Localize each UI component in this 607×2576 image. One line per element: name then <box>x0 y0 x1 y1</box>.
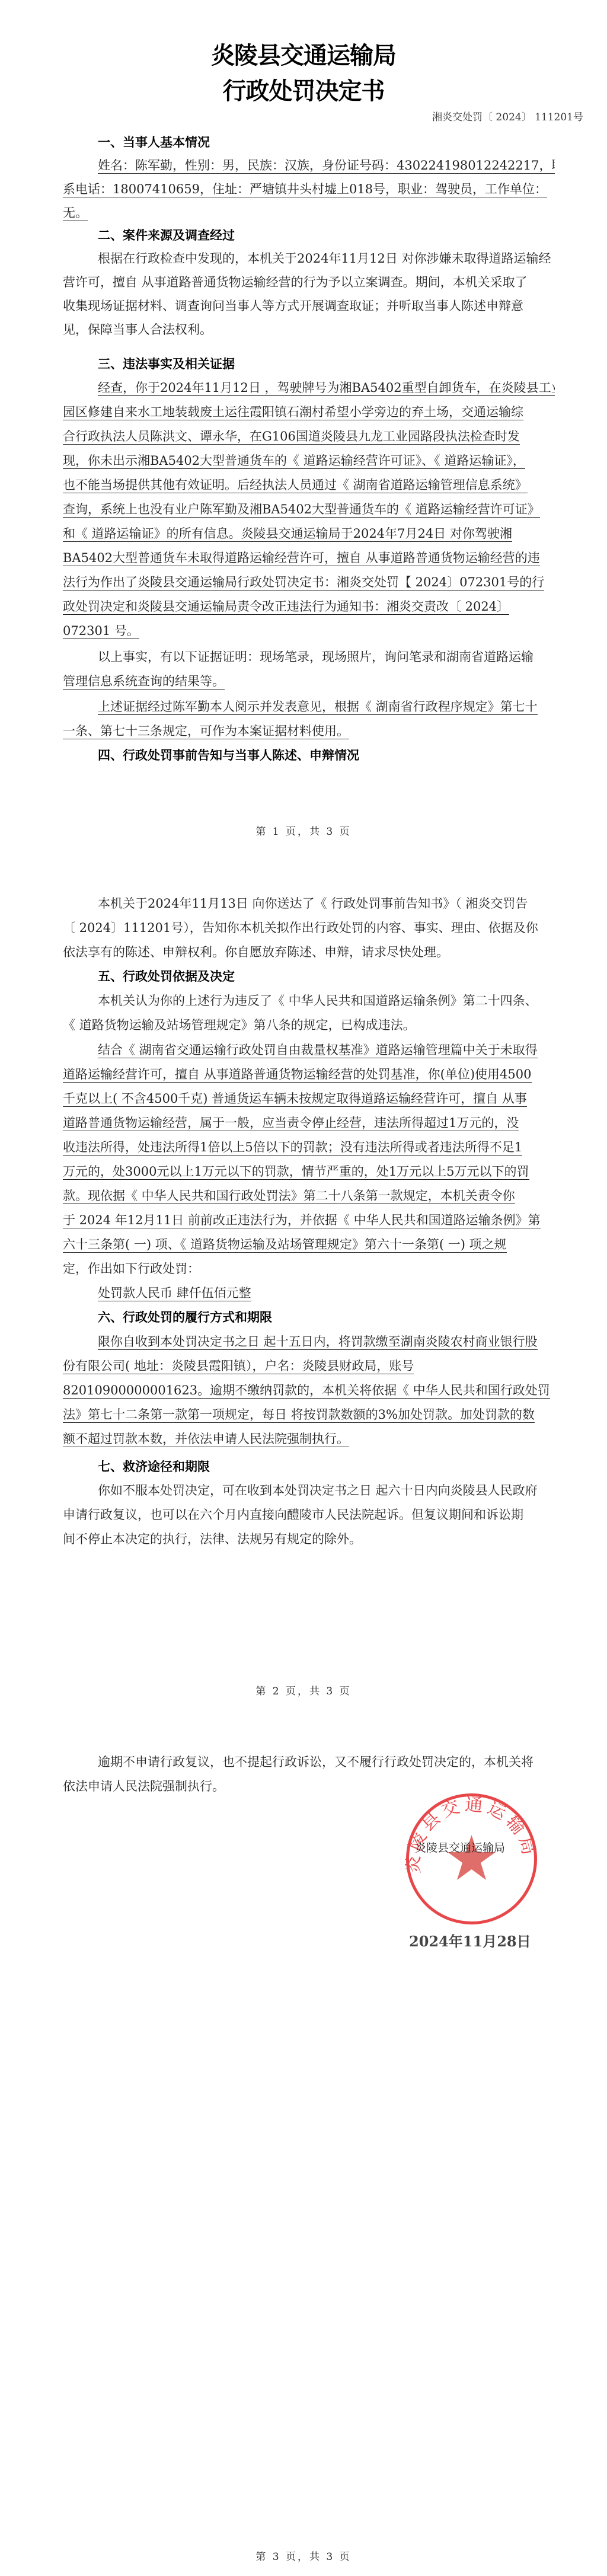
facts-line: 072301 号。 <box>63 623 555 639</box>
facts-line: 园区修建自来水工地装载废土运往霞阳镇石潮村希望小学旁边的弃土场，交通运输综 <box>63 404 555 420</box>
page-footer-1: 第 1 页，共 3 页 <box>0 823 607 838</box>
facts-line: 查询，系统上也没有业户陈军勤及湘BA5402大型普通货车的《 道路运输经营许可证… <box>63 501 555 518</box>
closing-line: 逾期不申请行政复议，也不提起行政诉讼，又不履行行政处罚决定的，本机关将 <box>98 1754 555 1770</box>
agency-title: 炎陵县交通运输局 <box>0 37 607 71</box>
facts-line: 经查，你于2024年11月12日 ，驾驶牌号为湘BA5402重型自卸货车，在炎陵… <box>98 379 555 396</box>
facts-line: 法行为作出了炎陵县交通运输局行政处罚决定书：湘炎交处罚【 2024〕072301… <box>63 574 555 590</box>
remedy-line: 你如不服本处罚决定，可在收到本处罚决定书之日 起六十日内向炎陵县人民政府 <box>98 1482 555 1499</box>
payment-line: 82010900000001623。逾期不缴纳罚款的，本机关将依据《 中华人民共… <box>63 1382 555 1399</box>
facts-line: BA5402大型普通货车未取得道路运输经营许可，擅自 从事道路普通货物运输经营的… <box>63 550 555 566</box>
discretion-line: 道路运输经营许可，擅自 从事道路普通货物运输经营的处罚基准，你(单位)使用450… <box>63 1066 555 1083</box>
payment-line: 额不超过罚款本数，并依法申请人民法院强制执行。 <box>63 1431 555 1447</box>
section-1-heading: 一、当事人基本情况 <box>98 134 210 151</box>
discretion-line: 六十三条第( 一) 项、《 道路货物运输及站场管理规定》第六十一条第( 一) 项… <box>63 1236 555 1253</box>
party-info-line: 无。 <box>63 205 555 221</box>
official-seal-icon: 炎陵县交通运输局 <box>405 1792 538 1926</box>
page-footer-3: 第 3 页，共 3 页 <box>0 2548 607 2563</box>
discretion-line: 结合《 湖南省交通运输行政处罚自由裁量权基准》道路运输管理篇中关于未取得 <box>98 1042 555 1058</box>
facts-line: 也不能当场提供其他有效证明。后经执法人员通过《 湖南省道路运输管理信息系统》 <box>63 477 555 493</box>
facts-line: 和《 道路运输证》的所有信息。炎陵县交通运输局于2024年7月24日 对你驾驶湘 <box>63 525 555 542</box>
facts-line: 合行政执法人员陈洪文、谭永华，在G106国道炎陵县九龙工业园路段执法检查时发 <box>63 428 555 445</box>
section-7-heading: 七、救济途径和期限 <box>98 1458 210 1475</box>
penalty-amount: 处罚款人民币 肆仟伍佰元整 <box>98 1285 555 1301</box>
discretion-line: 收违法所得，处违法所得1倍以上5倍以下的罚款；没有违法所得或者违法所得不足1 <box>63 1139 555 1155</box>
seal-organization-label: 炎陵县交通运输局 <box>415 1839 505 1855</box>
case-source-line: 收集现场证据材料、调查询问当事人等方式开展调查取证；并听取当事人陈述申辩意 <box>63 298 555 314</box>
case-source-line: 营许可，擅自 从事道路普通货物运输经营的行为予以立案调查。期间，本机关采取了 <box>63 274 555 291</box>
signature-date: 2024年11月28日 <box>409 1930 531 1951</box>
remedy-line: 申请行政复议，也可以在六个月内直接向醴陵市人民法院起诉。但复议期间和诉讼期 <box>63 1506 555 1523</box>
discretion-line: 定，作出如下行政处罚： <box>63 1260 555 1277</box>
payment-line: 限你自收到本处罚决定书之日 起十五日内，将罚款缴至湖南炎陵农村商业银行股 <box>98 1333 555 1350</box>
discretion-line: 万元的，处3000元以上1万元以下的罚款，情节严重的，处1万元以上5万元以下的罚 <box>63 1163 555 1180</box>
page-footer-2: 第 2 页，共 3 页 <box>0 1683 607 1697</box>
facts-line: 现，你未出示湘BA5402大型普通货车的《 道路运输经营许可证》、《 道路运输证… <box>63 452 555 469</box>
document-number: 湘炎交处罚〔 2024〕 111201号 <box>432 108 583 123</box>
remedy-line: 间不停止本决定的执行，法律、法规另有规定的除外。 <box>63 1531 555 1547</box>
basis-line: 《 道路货物运输及站场管理规定》第八条的规定，已构成违法。 <box>63 1017 555 1033</box>
notice-line: 依法享有的陈述、申辩权利。你自愿放弃陈述、申辩，请求尽快处理。 <box>63 944 555 960</box>
evidence-line: 管理信息系统查询的结果等。 <box>63 673 555 690</box>
discretion-line: 道路普通货物运输经营，属于一般，应当责令停止经营，违法所得超过1万元的，没 <box>63 1115 555 1131</box>
section-2-heading: 二、案件来源及调查经过 <box>98 227 235 244</box>
discretion-line: 款。现依据《 中华人民共和国行政处罚法》第二十八条第一款规定，本机关责令你 <box>63 1188 555 1204</box>
case-source-line: 见，保障当事人合法权利。 <box>63 321 555 338</box>
basis-line: 本机关认为你的上述行为违反了《 中华人民共和国道路运输条例》第二十四条、 <box>98 992 555 1009</box>
section-6-heading: 六、行政处罚的履行方式和期限 <box>98 1309 272 1326</box>
section-5-heading: 五、行政处罚依据及决定 <box>98 968 235 985</box>
payment-line: 法》第七十二条第一款第一项规定，每日 将按罚款数额的3%加处罚款。加处罚款的数 <box>63 1406 555 1423</box>
evidence-review-line: 上述证据经过陈军勤本人阅示并发表意见，根据《 湖南省行政程序规定》第七十 <box>98 698 555 715</box>
section-3-heading: 三、违法事实及相关证据 <box>98 356 235 372</box>
section-4-heading: 四、行政处罚事前告知与当事人陈述、申辩情况 <box>98 747 359 764</box>
notice-line: 〔 2024〕111201号），告知你本机关拟作出行政处罚的内容、事实、理由、依… <box>63 920 555 936</box>
discretion-line: 千克以上( 不含4500千克) 普通货运车辆未按规定取得道路运输经营许可，擅自 … <box>63 1090 555 1107</box>
facts-line: 政处罚决定和炎陵县交通运输局责令改正违法行为通知书：湘炎交责改〔 2024〕 <box>63 598 555 615</box>
case-source-line: 根据在行政检查中发现的，本机关于2024年11月12日 对你涉嫌未取得道路运输经 <box>98 250 555 267</box>
party-info-line: 姓名：陈军勤，性别：男，民族：汉族，身份证号码：4302241980122422… <box>98 157 555 174</box>
evidence-review-line: 一条、第七十三条规定，可作为本案证据材料使用。 <box>63 723 555 739</box>
notice-line: 本机关于2024年11月13日 向你送达了《 行政处罚事前告知书》（ 湘炎交罚告 <box>98 895 555 912</box>
payment-line: 份有限公司( 地址：炎陵县霞阳镇），户名：炎陵县财政局，账号 <box>63 1358 555 1374</box>
discretion-line: 于 2024 年12月11日 前前改正违法行为，并依据《 中华人民共和国道路运输… <box>63 1212 555 1228</box>
document-title: 行政处罚决定书 <box>0 72 607 106</box>
evidence-line: 以上事实，有以下证据证明：现场笔录，现场照片，询问笔录和湖南省道路运输 <box>98 649 555 665</box>
party-info-line: 系电话：18007410659，住址：严塘镇井头村墟上018号，职业：驾驶员，工… <box>63 181 555 197</box>
